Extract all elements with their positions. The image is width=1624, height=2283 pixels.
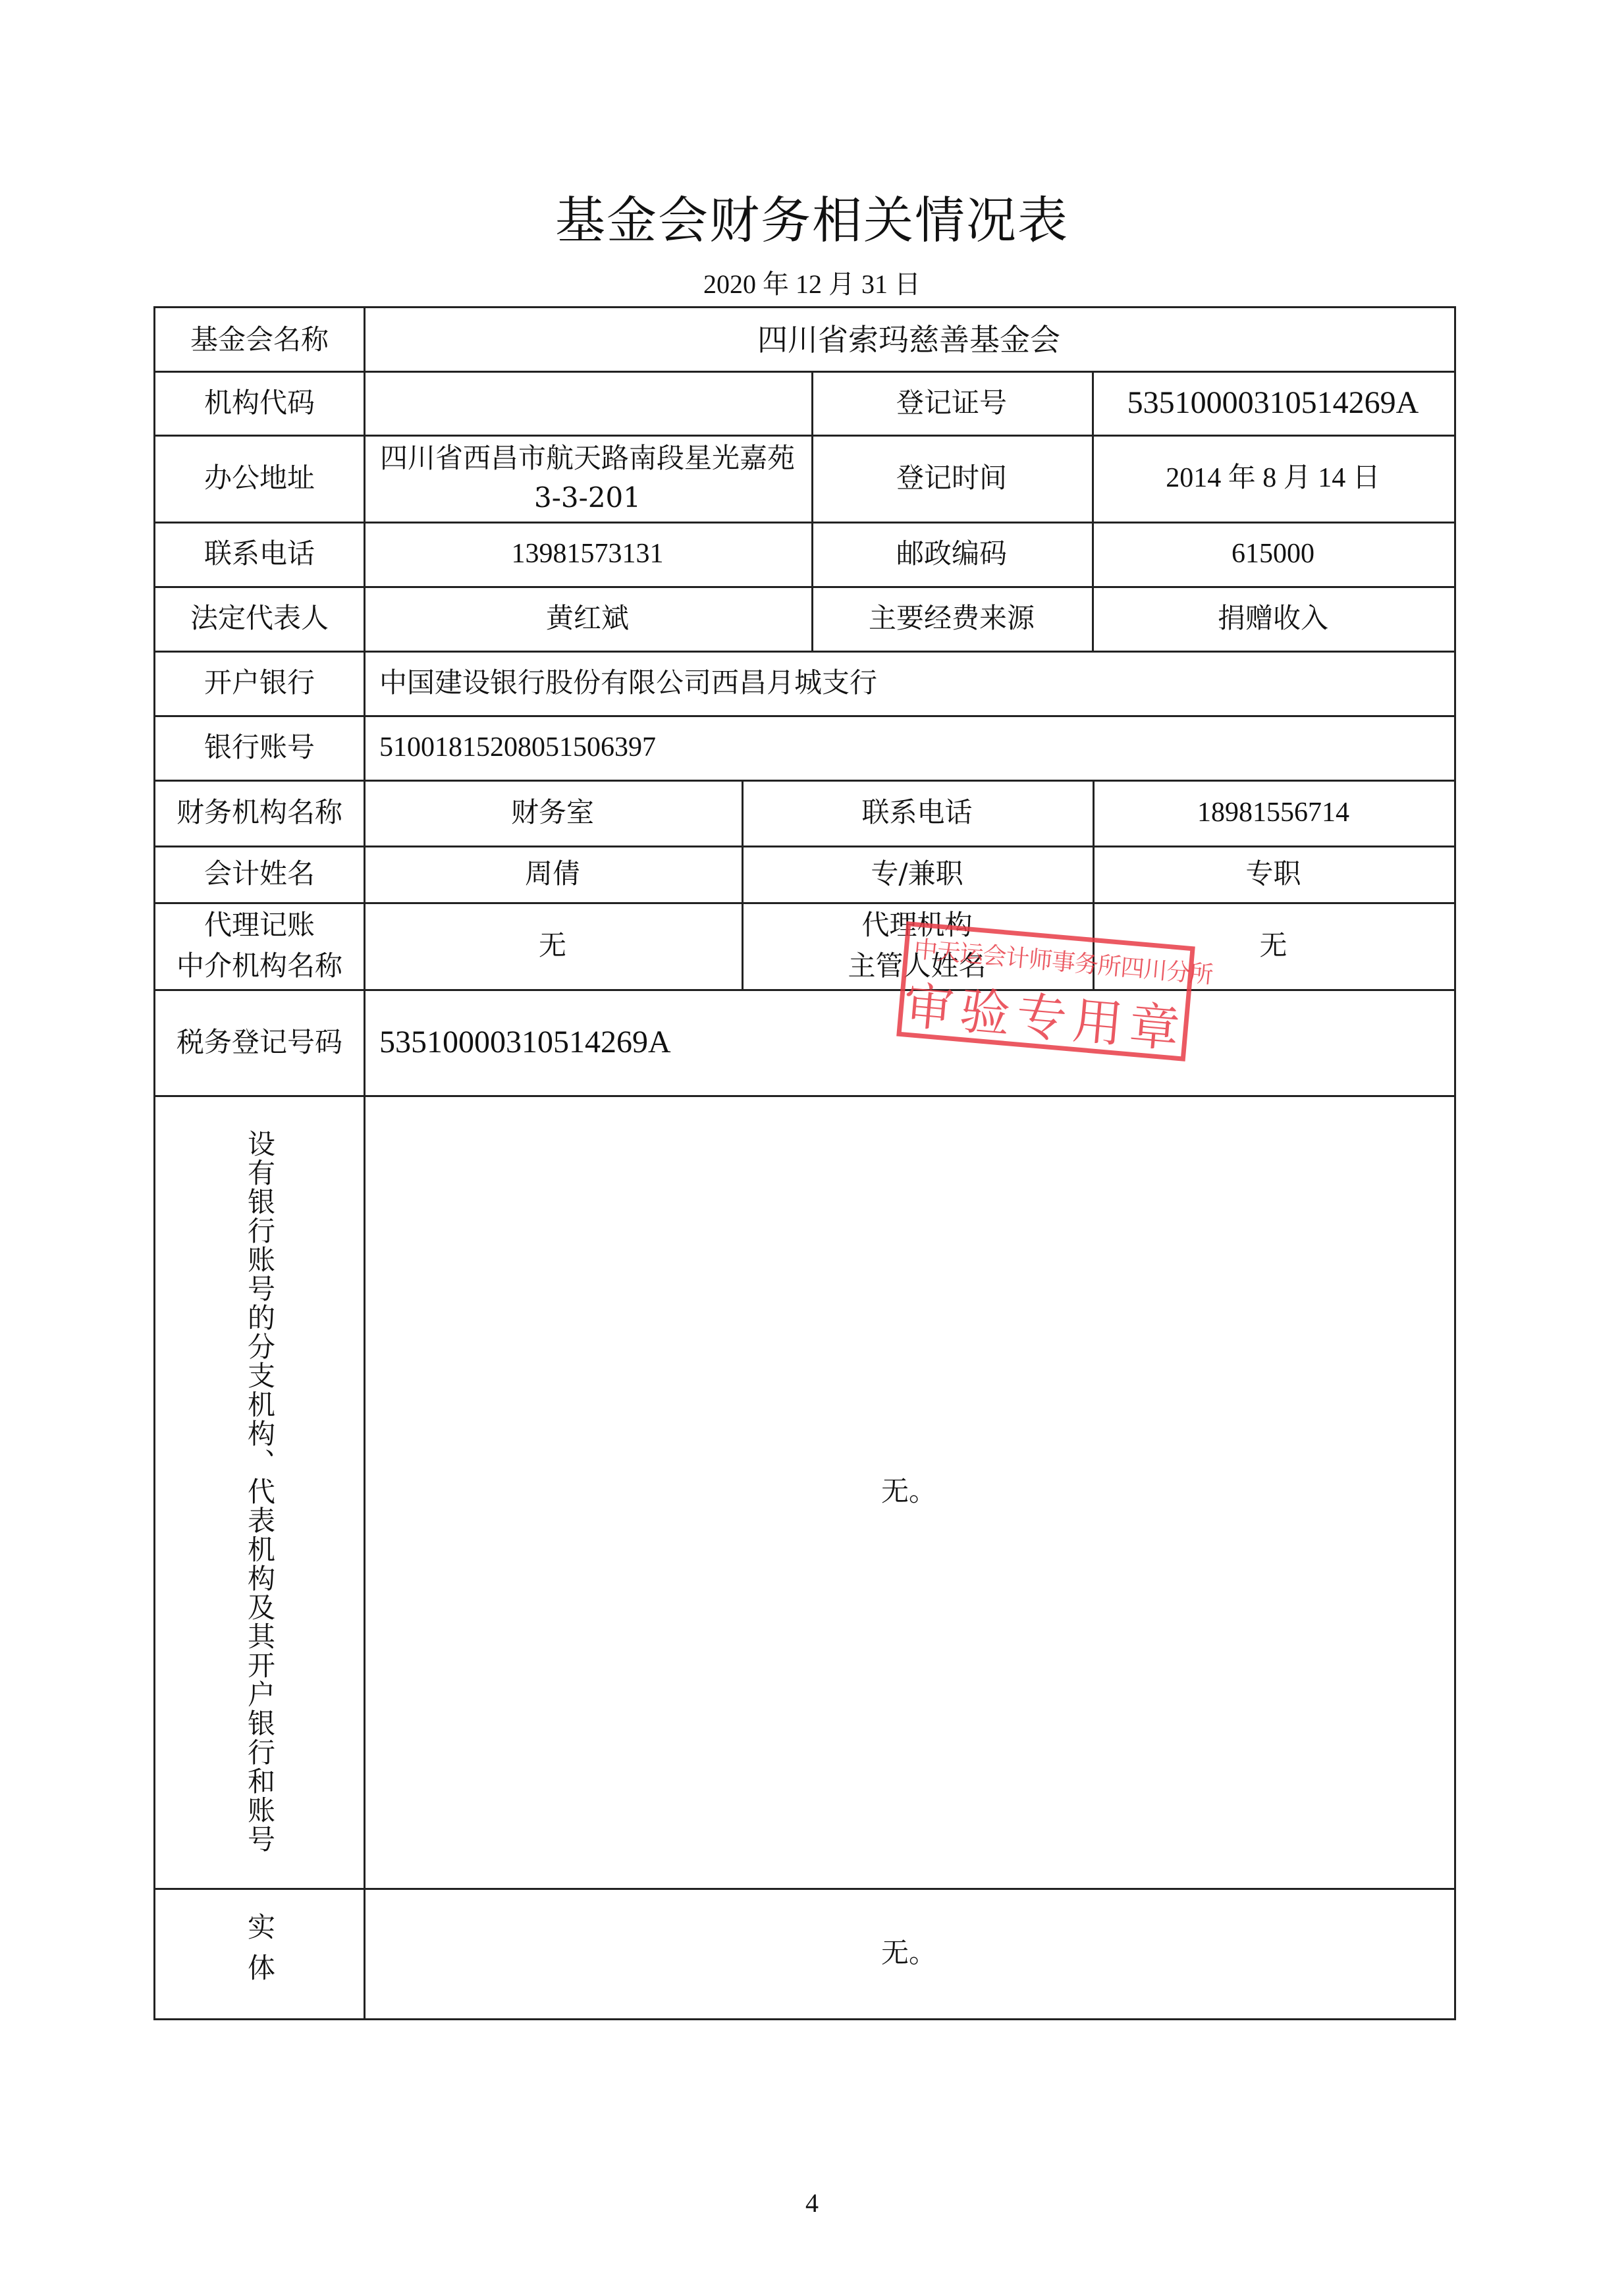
accountant-name-value: 周倩 bbox=[364, 846, 742, 902]
org-code-value bbox=[364, 371, 811, 435]
agency-name-value: 无 bbox=[364, 902, 742, 989]
employment-type-label: 专/兼职 bbox=[742, 846, 1093, 902]
audit-seal-stamp: 中天运会计师事务所四川分所 审验专用章 bbox=[896, 921, 1195, 1061]
agency-name-label-line1: 代理记账 bbox=[204, 905, 315, 946]
legal-representative-value: 黄红斌 bbox=[364, 586, 811, 651]
agency-name-label-line2: 中介机构名称 bbox=[176, 946, 342, 986]
entity-value: 无。 bbox=[364, 1888, 1454, 2018]
document-date: 2020 年 12 月 31 日 bbox=[0, 269, 1624, 300]
contact-phone-label: 联系电话 bbox=[155, 522, 364, 586]
financial-info-table: 基金会名称 四川省索玛慈善基金会 机构代码 登记证号 5351000031051… bbox=[153, 306, 1456, 2020]
document-title: 基金会财务相关情况表 bbox=[0, 191, 1624, 250]
branches-value: 无。 bbox=[364, 1095, 1454, 1888]
tax-registration-no-label: 税务登记号码 bbox=[155, 989, 364, 1095]
entity-label: 实体 bbox=[155, 1888, 364, 2018]
agency-name-label: 代理记账 中介机构名称 bbox=[155, 902, 364, 989]
accountant-name-label: 会计姓名 bbox=[155, 846, 364, 902]
postal-code-label: 邮政编码 bbox=[811, 522, 1092, 586]
branches-label-text: 设有银行账号的分支机构、代表机构及其开户银行和账号 bbox=[245, 1129, 274, 1854]
bank-account-label: 银行账号 bbox=[155, 715, 364, 780]
registration-no-label: 登记证号 bbox=[811, 371, 1092, 435]
bank-account-value: 51001815208051506397 bbox=[364, 715, 1454, 780]
office-address-value: 四川省西昌市航天路南段星光嘉苑 3-3-201 bbox=[364, 435, 811, 522]
office-address-label: 办公地址 bbox=[155, 435, 364, 522]
employment-type-value: 专职 bbox=[1093, 846, 1454, 902]
branches-label: 设有银行账号的分支机构、代表机构及其开户银行和账号 bbox=[155, 1095, 364, 1888]
legal-representative-label: 法定代表人 bbox=[155, 586, 364, 651]
contact-phone-value: 13981573131 bbox=[364, 522, 811, 586]
entity-label-text: 实体 bbox=[245, 1912, 274, 1994]
postal-code-value: 615000 bbox=[1092, 522, 1454, 586]
foundation-name-label: 基金会名称 bbox=[155, 308, 364, 371]
opening-bank-value: 中国建设银行股份有限公司西昌月城支行 bbox=[364, 651, 1454, 715]
opening-bank-label: 开户银行 bbox=[155, 651, 364, 715]
finance-dept-name-value: 财务室 bbox=[364, 780, 742, 846]
page-number: 4 bbox=[0, 2188, 1624, 2218]
main-funding-source-label: 主要经费来源 bbox=[811, 586, 1092, 651]
org-code-label: 机构代码 bbox=[155, 371, 364, 435]
finance-dept-name-label: 财务机构名称 bbox=[155, 780, 364, 846]
finance-contact-phone-value: 18981556714 bbox=[1093, 780, 1454, 846]
foundation-name-value: 四川省索玛慈善基金会 bbox=[364, 308, 1454, 371]
registration-date-label: 登记时间 bbox=[811, 435, 1092, 522]
registration-no-value: 53510000310514269A bbox=[1092, 371, 1454, 435]
finance-contact-phone-label: 联系电话 bbox=[742, 780, 1093, 846]
main-funding-source-value: 捐赠收入 bbox=[1092, 586, 1454, 651]
registration-date-value: 2014 年 8 月 14 日 bbox=[1092, 435, 1454, 522]
